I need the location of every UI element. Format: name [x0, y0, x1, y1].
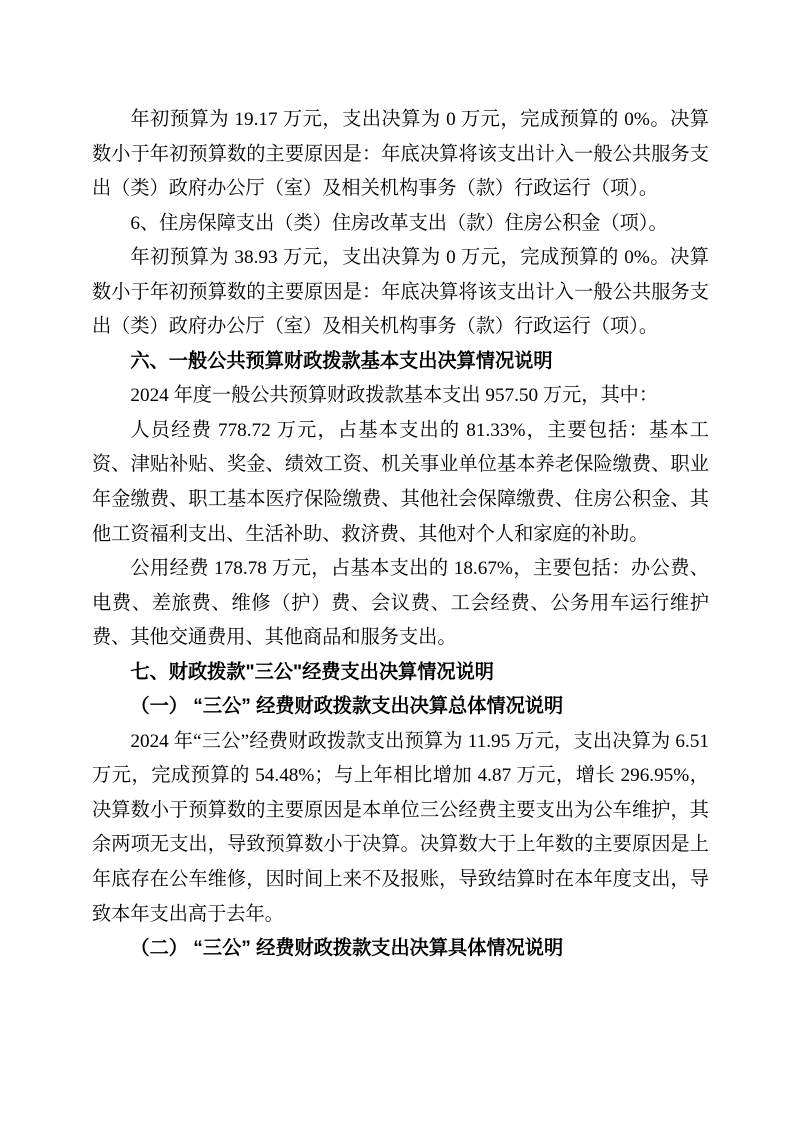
para-budget-19-17-explanation: 年初预算为 19.17 万元，支出决算为 0 万元，完成预算的 0%。决算数小于…	[92, 103, 709, 207]
heading-7-1-overall-situation: （一） “三公” 经费财政拨款支出决算总体情况说明	[92, 690, 709, 725]
heading-7-2-specific-situation: （二） “三公” 经费财政拨款支出决算具体情况说明	[92, 932, 709, 967]
para-personnel-funds: 人员经费 778.72 万元，占基本支出的 81.33%，主要包括：基本工资、津…	[92, 414, 709, 552]
document-page: 年初预算为 19.17 万元，支出决算为 0 万元，完成预算的 0%。决算数小于…	[0, 0, 793, 1122]
heading-section-6-basic-expenditure: 六、一般公共预算财政拨款基本支出决算情况说明	[92, 345, 709, 380]
heading-section-7-three-public-funds: 七、财政拨款"三公"经费支出决算情况说明	[92, 656, 709, 691]
para-three-public-funds-overall: 2024 年“三公”经费财政拨款支出预算为 11.95 万元，支出决算为 6.5…	[92, 725, 709, 932]
para-public-operating-funds: 公用经费 178.78 万元，占基本支出的 18.67%，主要包括：办公费、电费…	[92, 552, 709, 656]
para-item6-housing-security: 6、住房保障支出（类）住房改革支出（款）住房公积金（项）。	[92, 207, 709, 242]
para-budget-38-93-explanation: 年初预算为 38.93 万元，支出决算为 0 万元，完成预算的 0%。决算数小于…	[92, 241, 709, 345]
document-text-block: 年初预算为 19.17 万元，支出决算为 0 万元，完成预算的 0%。决算数小于…	[92, 103, 709, 967]
para-2024-basic-expenditure-total: 2024 年度一般公共预算财政拨款基本支出 957.50 万元，其中：	[92, 379, 709, 414]
